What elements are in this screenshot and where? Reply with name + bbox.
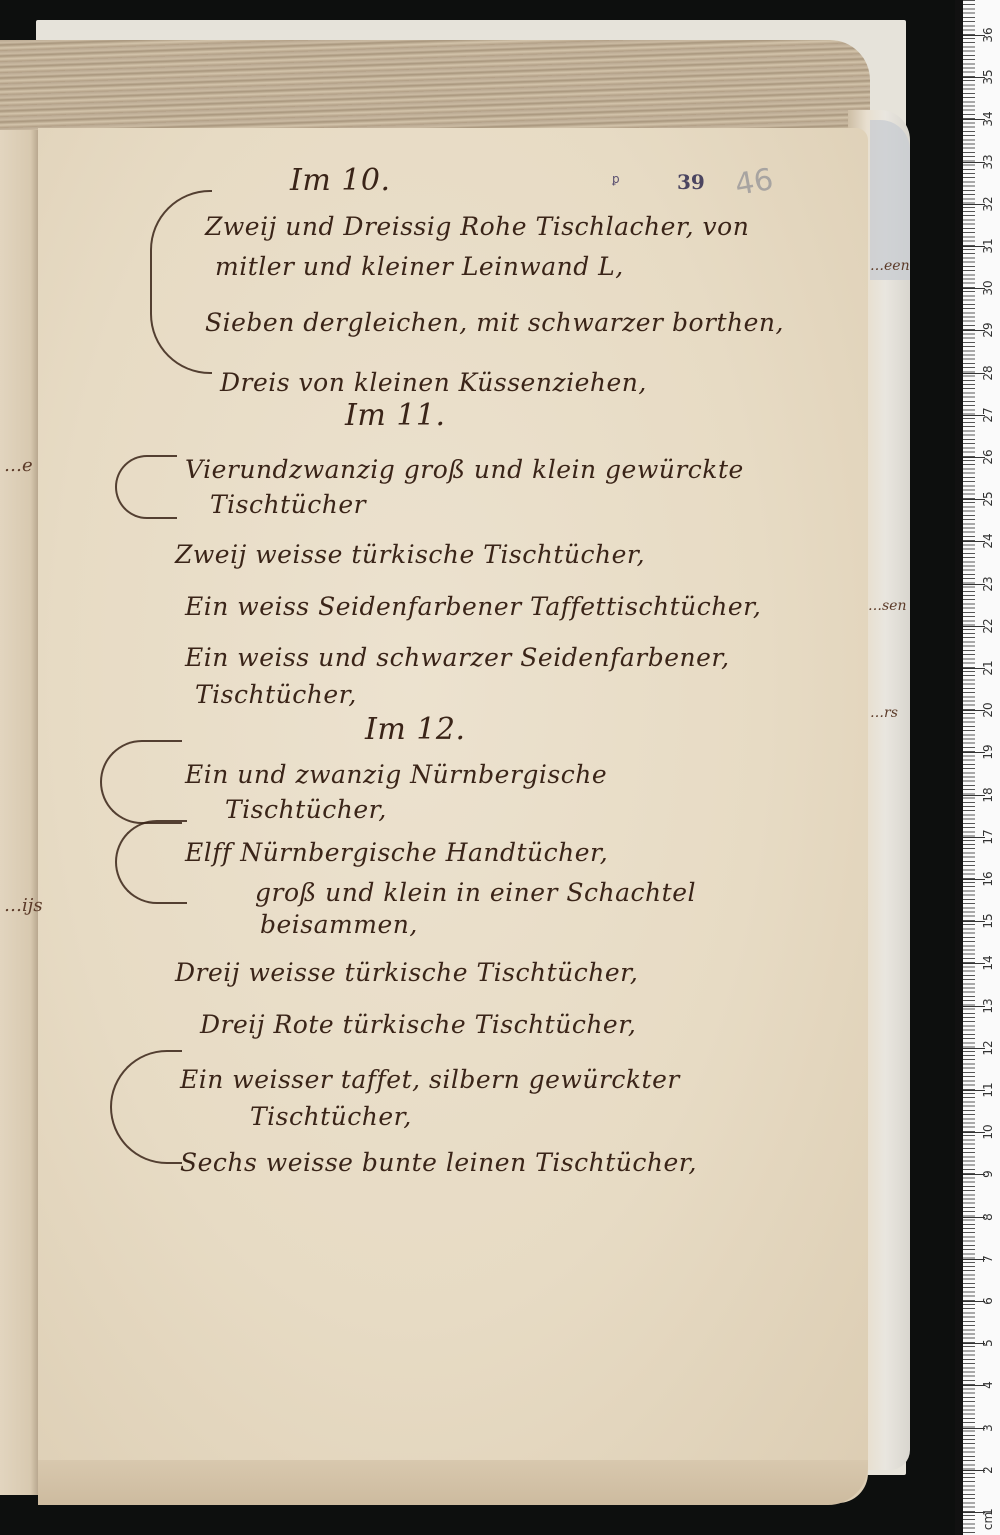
ruler-major-tick — [963, 204, 985, 205]
section-heading: Im 12. — [365, 712, 466, 747]
initial-flourish — [150, 190, 212, 374]
section-heading: Im 10. — [290, 163, 391, 198]
left-page-edge — [0, 130, 38, 1495]
ruler-major-tick — [963, 35, 985, 36]
manuscript-line: Tischtücher — [210, 490, 366, 519]
section-heading: Im 11. — [345, 398, 446, 433]
ruler-major-tick — [963, 963, 985, 964]
ruler-major-tick — [963, 1174, 985, 1175]
initial-flourish — [115, 455, 177, 519]
right-edge-fragment: …rs — [870, 705, 898, 721]
left-page-fragment: …ijs — [4, 895, 43, 916]
manuscript-line: Ein weiss Seidenfarbener Taffettischtüch… — [185, 592, 761, 621]
archive-stamp: ꝑ — [612, 172, 620, 186]
folio-number: 39 — [677, 170, 705, 194]
ruler-minor-ticks — [963, 0, 975, 1535]
manuscript-line: Dreis von kleinen Küssenziehen, — [220, 368, 647, 397]
ruler-major-tick — [963, 1470, 985, 1471]
manuscript-line: Dreij Rote türkische Tischtücher, — [200, 1010, 636, 1039]
ruler-major-tick — [963, 119, 985, 120]
ruler-major-tick — [963, 1343, 985, 1344]
tissue-repair — [870, 120, 910, 280]
manuscript-line: beisammen, — [260, 910, 418, 939]
manuscript-line: groß und klein in einer Schachtel — [255, 878, 696, 907]
ruler-major-tick — [963, 499, 985, 500]
ruler-major-tick — [963, 457, 985, 458]
ruler-major-tick — [963, 710, 985, 711]
ruler-major-tick — [963, 77, 985, 78]
ruler-major-tick — [963, 584, 985, 585]
right-edge-fragment: …sen — [868, 598, 907, 614]
manuscript-line: Vierundzwanzig groß und klein gewürckte — [185, 455, 744, 484]
ruler-major-tick — [963, 795, 985, 796]
manuscript-line: Sieben dergleichen, mit schwarzer borthe… — [205, 308, 784, 337]
manuscript-line: Tischtücher, — [195, 680, 357, 709]
manuscript-line: Sechs weisse bunte leinen Tischtücher, — [180, 1148, 697, 1177]
manuscript-line: Zweij und Dreissig Rohe Tischlacher, von — [205, 212, 749, 241]
ruler-major-tick — [963, 162, 985, 163]
initial-flourish — [100, 740, 182, 824]
manuscript-line: Dreij weisse türkische Tischtücher, — [175, 958, 638, 987]
manuscript-line: Ein und zwanzig Nürnbergische — [185, 760, 607, 789]
ruler-major-tick — [963, 1301, 985, 1302]
ruler-major-tick — [963, 1259, 985, 1260]
ruler-major-tick — [963, 921, 985, 922]
book-top-edge — [0, 40, 870, 138]
page-bottom-edge — [38, 1460, 868, 1505]
ruler-major-tick — [963, 1217, 985, 1218]
manuscript-line: Tischtücher, — [250, 1102, 412, 1131]
manuscript-line: Tischtücher, — [225, 795, 387, 824]
ruler-major-tick — [963, 752, 985, 753]
ruler-major-tick — [963, 668, 985, 669]
ruler-major-tick — [963, 330, 985, 331]
ruler-major-tick — [963, 373, 985, 374]
ruler-major-tick — [963, 1132, 985, 1133]
ruler-major-tick — [963, 288, 985, 289]
ruler-major-tick — [963, 1006, 985, 1007]
ruler-major-tick — [963, 1385, 985, 1386]
manuscript-line: Ein weisser taffet, silbern gewürckter — [180, 1065, 680, 1094]
ruler-edge — [955, 0, 963, 1535]
ruler-major-tick — [963, 879, 985, 880]
ruler-major-tick — [963, 1048, 985, 1049]
ruler-major-tick — [963, 626, 985, 627]
left-page-fragment: …e — [4, 455, 33, 476]
ruler-major-tick — [963, 1512, 985, 1513]
manuscript-line: mitler und kleiner Leinwand L, — [215, 252, 624, 281]
manuscript-line: Zweij weisse türkische Tischtücher, — [175, 540, 645, 569]
ruler-major-tick — [963, 415, 985, 416]
ruler-major-tick — [963, 1428, 985, 1429]
manuscript-line: Elff Nürnbergische Handtücher, — [185, 838, 608, 867]
right-edge-fragment: …een — [870, 258, 910, 274]
ruler-major-tick — [963, 1090, 985, 1091]
pencil-foliation: 46 — [732, 162, 776, 203]
manuscript-line: Ein weiss und schwarzer Seidenfarbener, — [185, 643, 730, 672]
manuscript-scan: …e …ijs …een …sen …rs ꝑ 39 46 Im 10. Zwe… — [0, 0, 1000, 1535]
ruler-major-tick — [963, 837, 985, 838]
ruler-major-tick — [963, 246, 985, 247]
ruler-major-tick — [963, 541, 985, 542]
